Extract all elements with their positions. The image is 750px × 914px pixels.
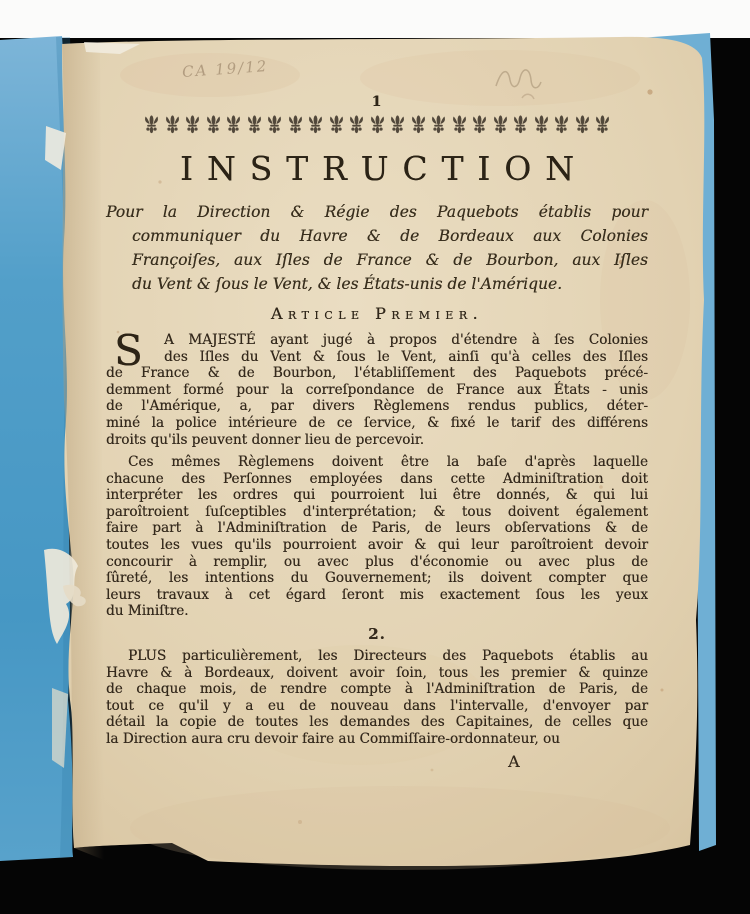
text-line: miné la police intérieure de ce ſervice,… xyxy=(106,415,648,432)
fleur-de-lis-ornament-icon xyxy=(205,115,221,134)
fleur-de-lis-ornament-icon xyxy=(574,115,590,134)
text-line: de l'Amérique, a, par divers Règlemens r… xyxy=(106,398,648,415)
text-line: de France & de Bourbon, l'établiſſement … xyxy=(106,365,648,382)
fleur-de-lis-ornament-icon xyxy=(492,115,508,134)
text-line: PLUS particulièrement, les Directeurs de… xyxy=(106,648,648,665)
fleur-de-lis-ornament-icon xyxy=(287,115,303,134)
fleur-de-lis-ornament-icon xyxy=(472,115,488,134)
fleur-de-lis-ornament-icon xyxy=(246,115,262,134)
text-line: toutes les vues qu'ils pourroient avoir … xyxy=(106,537,648,554)
ornament-row xyxy=(144,115,611,134)
text-line: leurs travaux à cet égard ſeront mis exa… xyxy=(106,587,648,604)
photo-white-backdrop xyxy=(0,0,750,38)
text-line: Pour la Direction & Régie des Paquebots … xyxy=(106,200,648,224)
fleur-de-lis-ornament-icon xyxy=(226,115,242,134)
article-premier-heading: Article Premier. xyxy=(106,306,648,323)
text-line: demment formé pour la correſpondance de … xyxy=(106,382,648,399)
fleur-de-lis-ornament-icon xyxy=(144,115,160,134)
text-line: A MAJESTÉ ayant jugé à propos d'étendre … xyxy=(106,332,648,349)
fleur-de-lis-ornament-icon xyxy=(595,115,611,134)
fleur-de-lis-ornament-icon xyxy=(533,115,549,134)
paragraph-article-2: PLUS particulièrement, les Directeurs de… xyxy=(106,648,648,748)
text-line: Françoiſes, aux Iſles de France & de Bou… xyxy=(106,248,648,272)
text-line: droits qu'ils peuvent donner lieu de per… xyxy=(106,432,648,449)
fleur-de-lis-ornament-icon xyxy=(451,115,467,134)
text-line: Ces mêmes Règlemens doivent être la baſe… xyxy=(106,454,648,471)
fleur-de-lis-ornament-icon xyxy=(164,115,180,134)
text-line: concourir à remplir, ou avec plus d'écon… xyxy=(106,554,648,571)
fleur-de-lis-ornament-icon xyxy=(390,115,406,134)
fleur-de-lis-ornament-icon xyxy=(513,115,529,134)
dropcap-s: S xyxy=(114,330,143,372)
signature-mark: A xyxy=(106,754,750,771)
fleur-de-lis-ornament-icon xyxy=(431,115,447,134)
text-line: faire part à l'Adminiſtration de Paris, … xyxy=(106,520,648,537)
text-line: communiquer du Havre & de Bordeaux aux C… xyxy=(106,224,648,248)
text-line: Havre & à Bordeaux, doivent avoir ſoin, … xyxy=(106,665,648,682)
fleur-de-lis-ornament-icon xyxy=(349,115,365,134)
text-line: du Vent & ſous le Vent, & les États-unis… xyxy=(106,272,648,296)
fleur-de-lis-ornament-icon xyxy=(554,115,570,134)
fleur-de-lis-ornament-icon xyxy=(410,115,426,134)
text-line: du Miniſtre. xyxy=(106,603,648,620)
paragraph-article-1: S A MAJESTÉ ayant jugé à propos d'étendr… xyxy=(106,332,648,448)
text-line: interpréter les ordres qui pourroient lu… xyxy=(106,487,648,504)
document-title: INSTRUCTION xyxy=(106,151,648,187)
fleur-de-lis-ornament-icon xyxy=(369,115,385,134)
text-line: paroîtroient ſuſceptibles d'interprétati… xyxy=(106,504,648,521)
fleur-de-lis-ornament-icon xyxy=(185,115,201,134)
page-number: 1 xyxy=(106,94,648,111)
paragraph-article-1-continued: Ces mêmes Règlemens doivent être la baſe… xyxy=(106,454,648,620)
text-line: des Iſles du Vent & ſous le Vent, ainſi … xyxy=(106,349,648,366)
text-line: détail la copie de toutes les demandes d… xyxy=(106,714,648,731)
fleur-de-lis-ornament-icon xyxy=(308,115,324,134)
book-photo: CA 19/12 1 xyxy=(0,0,750,914)
fleur-de-lis-ornament-icon xyxy=(267,115,283,134)
text-line: tout ce qu'il y a eu de nouveau dans l'i… xyxy=(106,698,648,715)
text-line: chacune des Perſonnes employées dans cet… xyxy=(106,471,648,488)
text-line: de chaque mois, de rendre compte à l'Adm… xyxy=(106,681,648,698)
fleur-de-lis-ornament-icon xyxy=(328,115,344,134)
text-line: la Direction aura cru devoir faire au Co… xyxy=(106,731,648,748)
text-line: ſûreté, les intentions du Gouvernement; … xyxy=(106,570,648,587)
document-subtitle: Pour la Direction & Régie des Paquebots … xyxy=(106,200,648,296)
section-2-number: 2. xyxy=(106,626,648,643)
stain xyxy=(130,786,670,870)
